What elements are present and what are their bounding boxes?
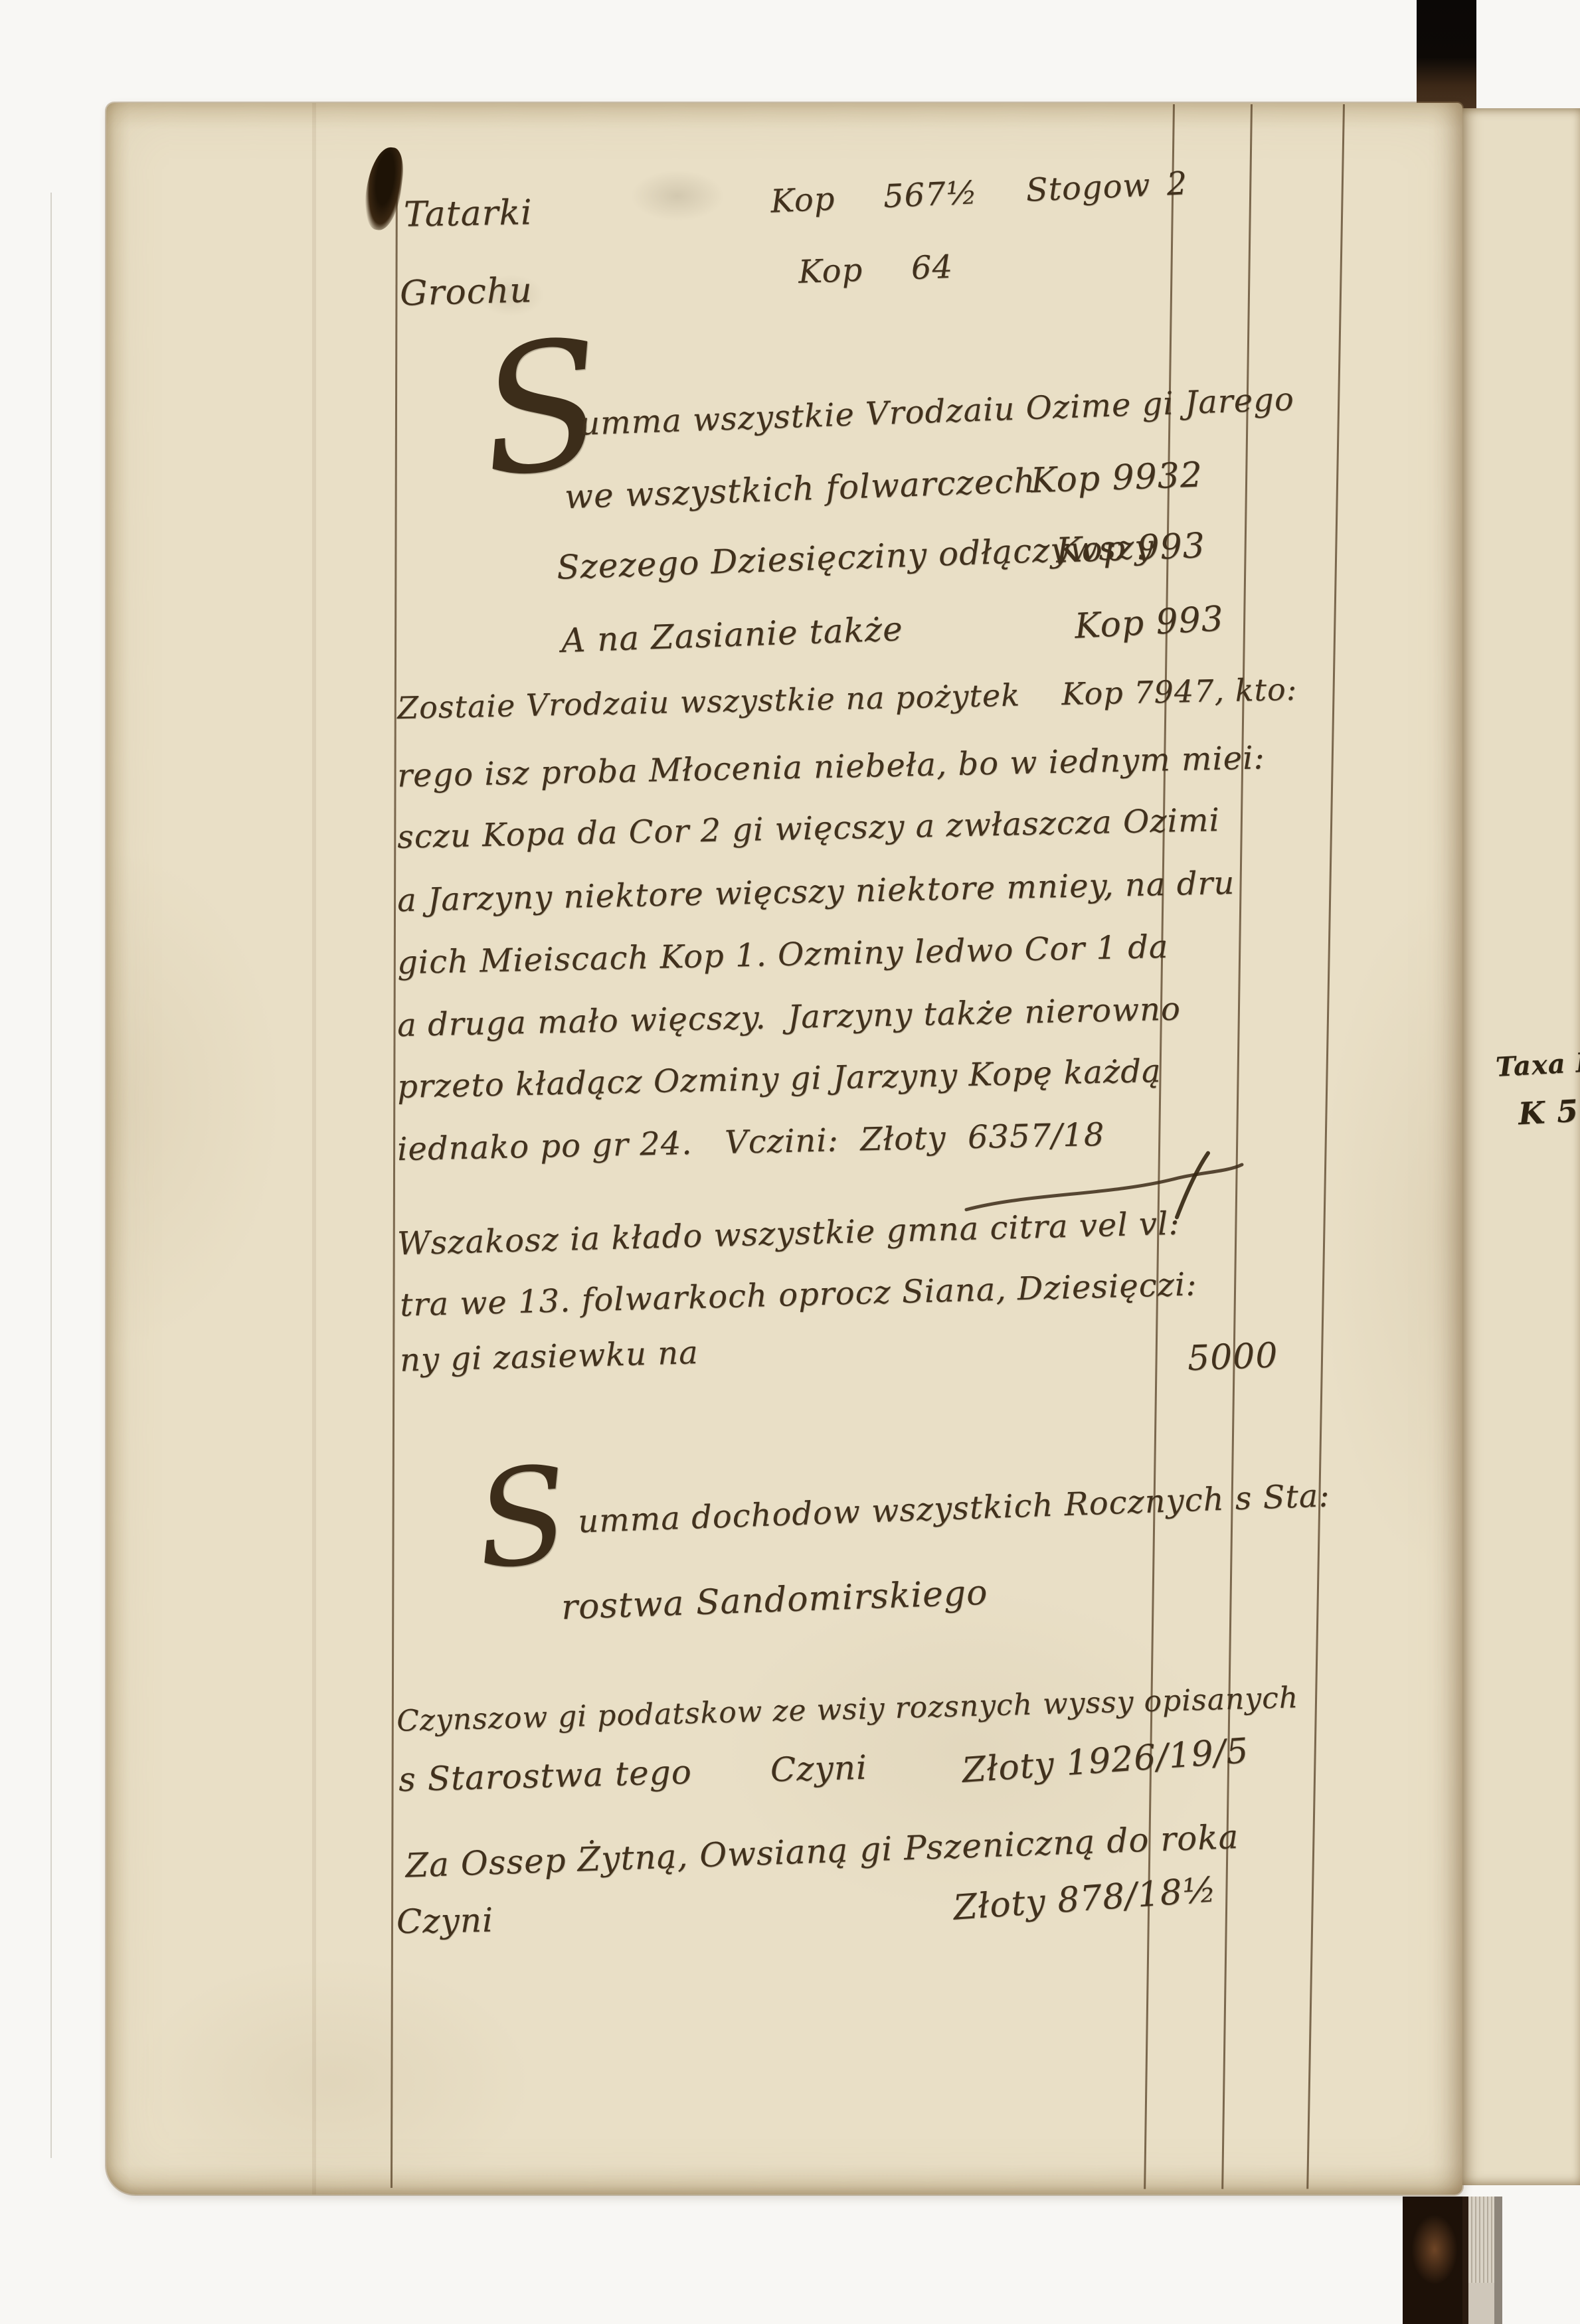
summa-crops-line: we wszystkich folwarczech <box>564 463 1036 515</box>
crop-row-label: Tatarki <box>404 195 533 233</box>
scanner-edge-line <box>50 193 52 2158</box>
body-line: gich Mieiscach Kop 1. Ozminy ledwo Cor 1… <box>397 930 1169 980</box>
binding-spine-bottom <box>1403 2197 1502 2324</box>
body-line: iednako po gr 24. Vczini: Złoty 6357/18 <box>397 1118 1105 1167</box>
manuscript-scan: Tatarki Kop 567½ Stogow 2 Grochu Kop 64 … <box>0 0 1580 2324</box>
body-line: Zostaie Vrodzaiu wszystkie na pożytek Ko… <box>397 673 1298 724</box>
summa-income-line: umma dochodow wszystkich Rocznych s Sta: <box>577 1479 1330 1538</box>
body-line: tra we 13. folwarkoch oprocz Siana, Dzie… <box>400 1268 1197 1322</box>
ink-blot <box>362 145 406 232</box>
body-line: a Jarzyny niektore więcszy niektore mnie… <box>397 867 1235 918</box>
crop-row-label: Grochu <box>399 272 533 312</box>
body-line: Wszakosz ia kłado wszystkie gmna citra v… <box>397 1207 1181 1261</box>
body-line: ny gi zasiewku na <box>399 1336 699 1377</box>
body-line: rego isz proba Młocenia niebeła, bo w ie… <box>397 741 1266 793</box>
adjacent-page-note: K 5 <box>1518 1095 1579 1130</box>
book-block-pages <box>1468 2197 1494 2283</box>
summa-crops-line: A na Zasianie także <box>561 612 903 658</box>
manuscript-page: Tatarki Kop 567½ Stogow 2 Grochu Kop 64 … <box>106 103 1462 2195</box>
income-line: Za Ossep Żytną, Owsianą gi Pszeniczną do… <box>404 1819 1239 1883</box>
amount-kop: Kop 993 <box>1055 528 1206 569</box>
income-line: Czynszow gi podatskow ze wsiy rozsnych w… <box>396 1683 1299 1737</box>
left-margin-rule <box>391 155 398 2188</box>
column-rule-3 <box>1306 104 1345 2189</box>
binding-ribbon <box>1417 0 1476 110</box>
crop-row-value: Kop 567½ Stogow 2 <box>770 167 1188 218</box>
body-line: przeto kładącz Ozminy gi Jarzyny Kopę ka… <box>397 1054 1162 1104</box>
summa-crops-line: umma wszystkie Vrodzaiu Ozime gi Jarego <box>578 382 1294 441</box>
body-line: sczu Kopa da Cor 2 gi więcszy a zwłaszcz… <box>397 803 1221 854</box>
amount-zloty: Złoty 1926/19/5 <box>961 1733 1250 1789</box>
margin-amount: 5000 <box>1187 1338 1278 1377</box>
summa-income-line: rostwa Sandomirskiego <box>561 1575 988 1626</box>
adjacent-page-note: Taxa L <box>1495 1048 1580 1082</box>
decorative-initial-s: S <box>472 1461 572 1575</box>
amount-kop: Kop 993 <box>1074 601 1225 645</box>
adjacent-page: Taxa L K 5 <box>1462 108 1580 2185</box>
amount-kop: Kop 9932 <box>1030 457 1203 499</box>
paper-chain-line <box>312 103 316 2195</box>
income-line: Czyni <box>396 1903 494 1940</box>
crop-row-value: Kop 64 <box>798 250 954 289</box>
income-line: s Starostwa tego Czyni <box>398 1750 867 1797</box>
amount-zloty: Złoty 878/18½ <box>952 1872 1218 1926</box>
body-line: a druga mało więcszy. Jarzyny także nier… <box>397 993 1182 1042</box>
